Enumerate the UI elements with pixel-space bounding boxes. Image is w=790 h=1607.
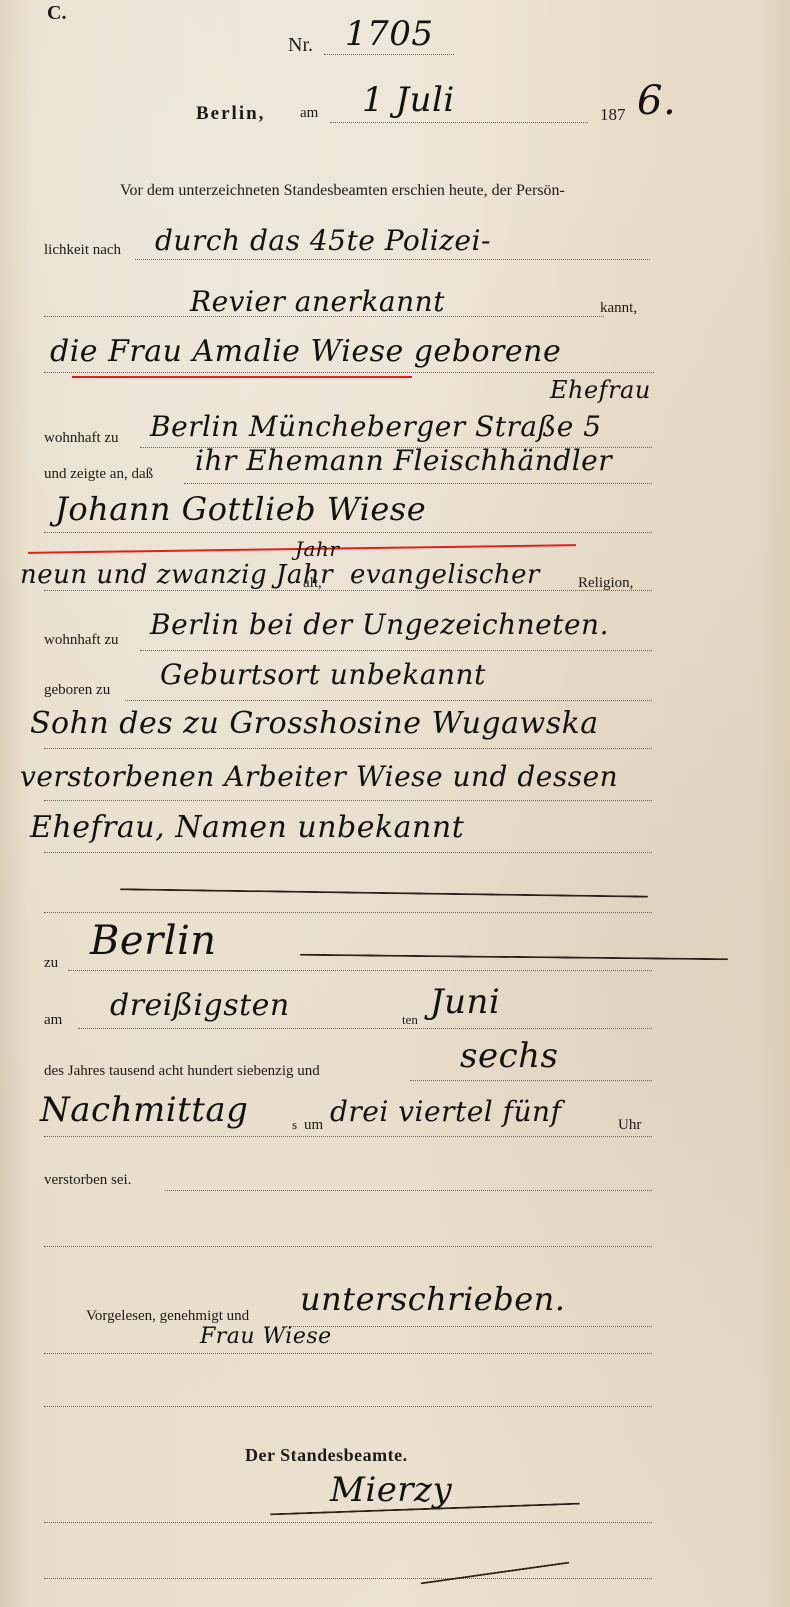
- form-letter: C.: [47, 2, 66, 25]
- informant-underline: [72, 376, 412, 378]
- intro-text: Vor dem unterzeichneten Standesbeamten e…: [120, 182, 565, 200]
- born-label: geboren zu: [44, 682, 110, 699]
- record-number-label: Nr.: [288, 34, 313, 57]
- deceased-residence: Berlin bei der Ungezeichneten.: [150, 608, 609, 641]
- identity-value: durch das 45te Polizei-: [155, 224, 491, 257]
- deceased-residence-label: wohnhaft zu: [44, 632, 119, 649]
- death-year-text: des Jahres tausend acht hundert siebenzi…: [44, 1063, 320, 1080]
- death-place-label: zu: [44, 955, 58, 972]
- informant-residence-insert: Ehefrau: [550, 376, 651, 404]
- identity-label-end: kannt,: [600, 300, 637, 317]
- time-um: um: [304, 1117, 323, 1134]
- informant-signature: Frau Wiese: [200, 1324, 332, 1349]
- place-heading: Berlin,: [196, 103, 265, 125]
- record-number-value: 1705: [345, 14, 434, 54]
- official-title: Der Standesbeamte.: [245, 1445, 408, 1466]
- year-suffix: 6.: [637, 78, 676, 124]
- strike-line: [120, 888, 648, 897]
- death-day-label: am: [44, 1012, 62, 1029]
- time-s: s: [292, 1117, 297, 1133]
- informant-name: die Frau Amalie Wiese geborene: [50, 334, 561, 369]
- time-suffix: Uhr: [618, 1117, 641, 1134]
- deceased-religion: evangelischer: [350, 560, 540, 590]
- deceased-name: Johann Gottlieb Wiese: [55, 490, 426, 528]
- death-time: drei viertel fünf: [330, 1095, 561, 1128]
- day-suffix: ten: [402, 1012, 418, 1028]
- approval-label: Vorgelesen, genehmigt und: [86, 1308, 249, 1325]
- approval-value: unterschrieben.: [300, 1280, 565, 1318]
- am-label: am: [300, 105, 318, 122]
- deceased-age: neun und zwanzig Jahr: [20, 560, 333, 590]
- parents-line-2: verstorbenen Arbeiter Wiese und dessen: [20, 760, 618, 793]
- born-value: Geburtsort unbekannt: [160, 658, 486, 691]
- identity-value-cont: Revier anerkannt: [190, 285, 445, 318]
- deceased-age-insert: Jahr: [295, 537, 339, 561]
- age-label: alt,: [303, 575, 322, 592]
- closing-text: verstorben sei.: [44, 1172, 131, 1189]
- record-date: 1 Juli: [362, 80, 455, 120]
- religion-label: Religion,: [578, 575, 633, 592]
- death-time-prefix: Nachmittag: [40, 1090, 248, 1130]
- informant-residence: Berlin Müncheberger Straße 5: [150, 410, 602, 443]
- announce-value: ihr Ehemann Fleischhändler: [195, 444, 612, 477]
- place-fill-line: [300, 954, 728, 960]
- official-signature: Mierzy: [330, 1470, 452, 1510]
- identity-label: lichkeit nach: [44, 242, 121, 259]
- year-prefix: 187: [600, 105, 626, 125]
- parents-line-1: Sohn des zu Grosshosine Wugawska: [30, 706, 599, 741]
- parents-line-3: Ehefrau, Namen unbekannt: [30, 810, 464, 845]
- death-year: sechs: [460, 1036, 558, 1076]
- signature-paraph: [421, 1562, 570, 1585]
- death-month: Juni: [430, 982, 500, 1022]
- informant-residence-label: wohnhaft zu: [44, 430, 119, 447]
- announce-label: und zeigte an, daß: [44, 466, 153, 483]
- death-place: Berlin: [90, 918, 217, 964]
- death-day: dreißigsten: [110, 988, 290, 1023]
